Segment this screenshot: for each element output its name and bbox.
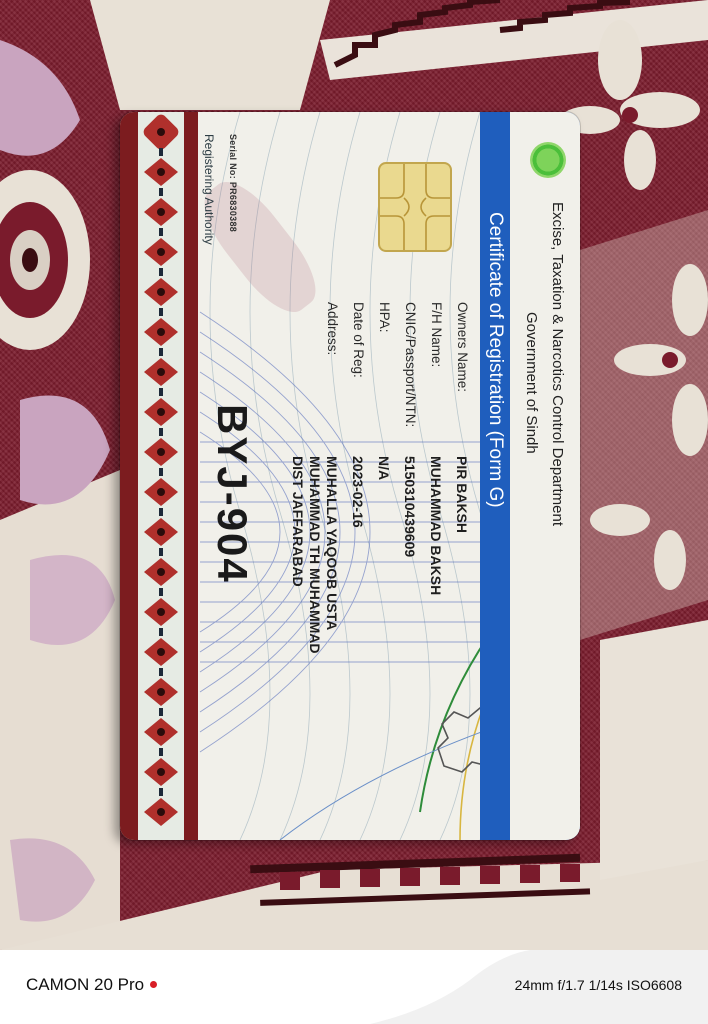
cnic-label: CNIC/Passport/NTN: bbox=[403, 302, 418, 427]
hpa-label: HPA: bbox=[377, 302, 392, 333]
serial-label: Serial No: bbox=[228, 134, 238, 179]
registration-card: Excise, Taxation & Narcotics Control Dep… bbox=[120, 112, 580, 840]
certificate-title: Certificate of Registration (Form G) bbox=[484, 212, 506, 508]
camera-model: CAMON 20 Pro bbox=[26, 975, 157, 995]
sindh-government-emblem-icon bbox=[530, 142, 566, 178]
red-dot-icon bbox=[150, 981, 157, 988]
decorative-border-strip bbox=[120, 112, 198, 840]
registering-authority-label: Registering Authority bbox=[202, 134, 216, 245]
address-line-1: MUHALLA YAQOOB USTA bbox=[324, 456, 340, 630]
camera-model-text: CAMON 20 Pro bbox=[26, 975, 144, 994]
fh-name-value: MUHAMMAD BAKSH bbox=[428, 456, 444, 595]
fh-name-label: F/H Name: bbox=[429, 302, 444, 367]
diamond-pattern-art bbox=[138, 112, 184, 840]
government-name: Government of Sindh bbox=[523, 312, 540, 454]
serial-value: PR6830388 bbox=[228, 182, 238, 232]
certificate-title-band: Certificate of Registration (Form G) bbox=[480, 112, 510, 840]
camera-specs: 24mm f/1.7 1/14s ISO6608 bbox=[515, 977, 682, 993]
hpa-value: N/A bbox=[376, 456, 392, 480]
owners-name-value: PIR BAKSH bbox=[454, 456, 470, 533]
department-header: Excise, Taxation & Narcotics Control Dep… bbox=[510, 112, 580, 840]
date-of-reg-label: Date of Reg: bbox=[351, 302, 366, 378]
address-line-3: DIST JAFFARABAD bbox=[290, 456, 306, 587]
serial-number: Serial No: PR6830388 bbox=[228, 134, 238, 232]
smart-card-chip-icon bbox=[378, 162, 452, 252]
address-line-2: MUHAMMAD TH MUHAMMAD bbox=[307, 456, 323, 654]
registration-number: BYJ-904 bbox=[208, 404, 256, 584]
date-of-reg-value: 2023-02-16 bbox=[350, 456, 366, 528]
department-name: Excise, Taxation & Narcotics Control Dep… bbox=[549, 202, 566, 526]
registration-card-photo: Excise, Taxation & Narcotics Control Dep… bbox=[120, 112, 580, 840]
cnic-value: 5150310439609 bbox=[402, 456, 418, 557]
camera-watermark-bar: CAMON 20 Pro 24mm f/1.7 1/14s ISO6608 bbox=[0, 950, 708, 1024]
owners-name-label: Owners Name: bbox=[455, 302, 470, 392]
address-label: Address: bbox=[325, 302, 340, 355]
